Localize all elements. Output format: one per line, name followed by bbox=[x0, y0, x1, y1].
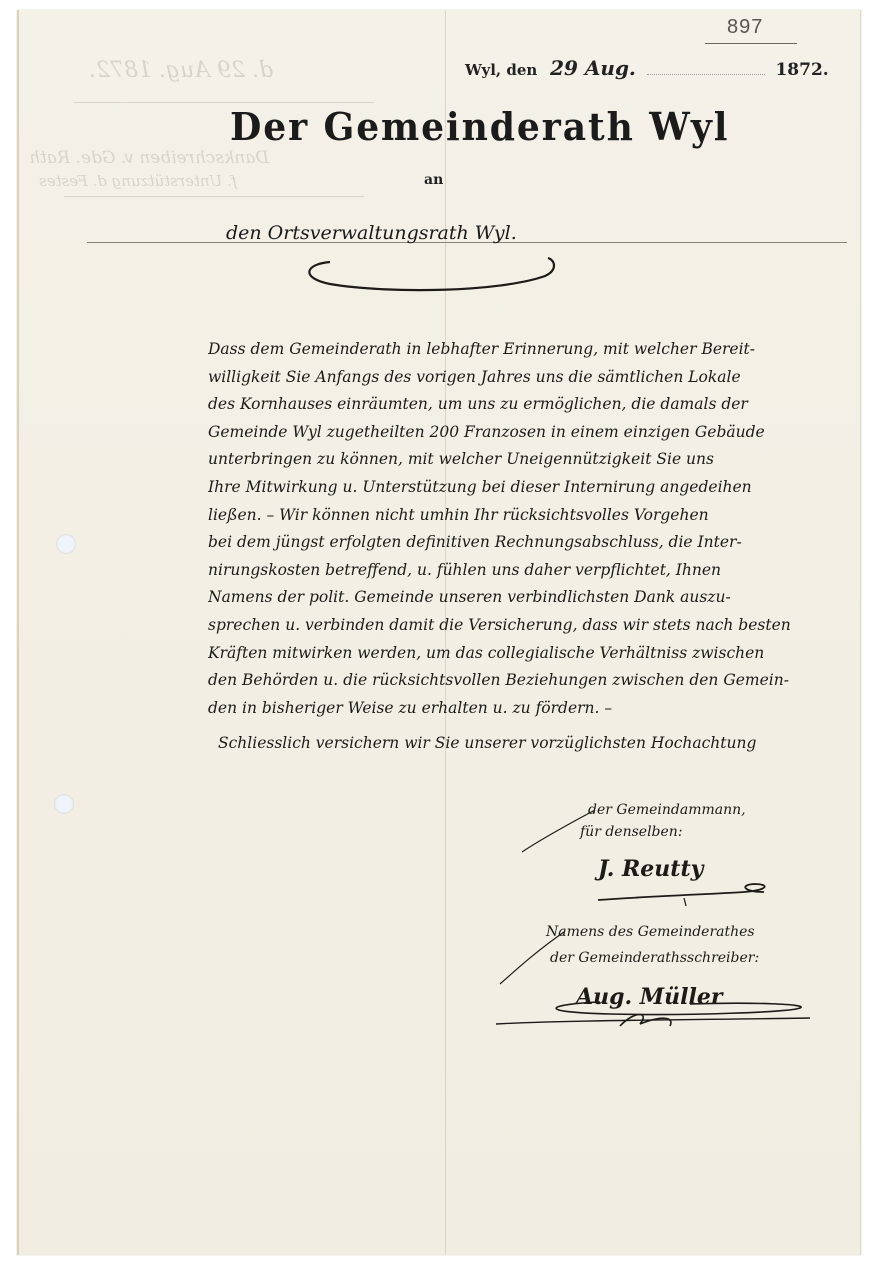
archive-number-rule bbox=[705, 43, 797, 44]
archive-number: 897 bbox=[727, 16, 763, 39]
body-line: Ihre Mitwirkung u. Unterstützung bei die… bbox=[208, 474, 848, 502]
handwritten-date: 29 Aug. bbox=[550, 56, 636, 80]
body-line: willigkeit Sie Anfangs des vorigen Jahre… bbox=[208, 364, 848, 392]
bleed-through-date: d. 29 Aug. 1872. bbox=[89, 58, 273, 83]
body-line: den Behörden u. die rücksichtsvollen Bez… bbox=[208, 667, 848, 695]
place-label: Wyl, den bbox=[465, 61, 537, 79]
body-line: Namens der polit. Gemeinde unseren verbi… bbox=[208, 584, 848, 612]
punch-hole-lower bbox=[54, 794, 74, 814]
signature-1-title: der Gemeindammann, bbox=[588, 802, 746, 818]
body-line: Dass dem Gemeinderath in lebhafter Erinn… bbox=[208, 336, 848, 364]
body-line: nirungskosten betreffend, u. fühlen uns … bbox=[208, 557, 848, 585]
signature-2-title: Namens des Gemeinderathes bbox=[546, 924, 755, 940]
body-line: unterbringen zu können, mit welcher Unei… bbox=[208, 446, 848, 474]
letter-body: Dass dem Gemeinderath in lebhafter Erinn… bbox=[208, 336, 848, 722]
body-line: Kräften mitwirken werden, um das collegi… bbox=[208, 640, 848, 668]
body-line: den in bisheriger Weise zu erhalten u. z… bbox=[208, 695, 848, 723]
signature-2-lead-stroke bbox=[498, 928, 568, 988]
bleed-through-rule-2 bbox=[64, 196, 364, 197]
bleed-through-rule bbox=[74, 102, 374, 103]
date-dotted-rule bbox=[647, 74, 765, 75]
body-line: Gemeinde Wyl zugetheilten 200 Franzosen … bbox=[208, 419, 848, 447]
to-word: an bbox=[424, 172, 443, 188]
addressee-flourish bbox=[300, 254, 560, 294]
signature-2-paraph bbox=[490, 990, 820, 1030]
bleed-through-note-1: Dankschreiben v. Gde. Rath bbox=[29, 148, 269, 168]
year: 1872. bbox=[775, 60, 828, 80]
closing-salutation: Schliesslich versichern wir Sie unserer … bbox=[218, 734, 756, 752]
body-line: bei dem jüngst erfolgten definitiven Rec… bbox=[208, 529, 848, 557]
bleed-through-note-2: f. Unterstützung d. Festes bbox=[39, 172, 237, 190]
punch-hole-upper bbox=[56, 534, 76, 554]
signature-1-name: J. Reutty bbox=[598, 856, 703, 882]
letterhead-title: Der Gemeinderath Wyl bbox=[230, 104, 729, 149]
signature-1-underline bbox=[594, 880, 774, 910]
place-date-line: Wyl, den 29 Aug. 1872. bbox=[465, 56, 829, 80]
body-line: ließen. – Wir können nicht umhin Ihr rüc… bbox=[208, 502, 848, 530]
signature-2-subtitle: der Gemeinderathsschreiber: bbox=[550, 950, 759, 966]
addressee: den Ortsverwaltungsrath Wyl. bbox=[222, 222, 521, 244]
body-line: des Kornhauses einräumten, um uns zu erm… bbox=[208, 391, 848, 419]
body-line: sprechen u. verbinden damit die Versiche… bbox=[208, 612, 848, 640]
signature-1-lead-stroke bbox=[520, 806, 600, 856]
